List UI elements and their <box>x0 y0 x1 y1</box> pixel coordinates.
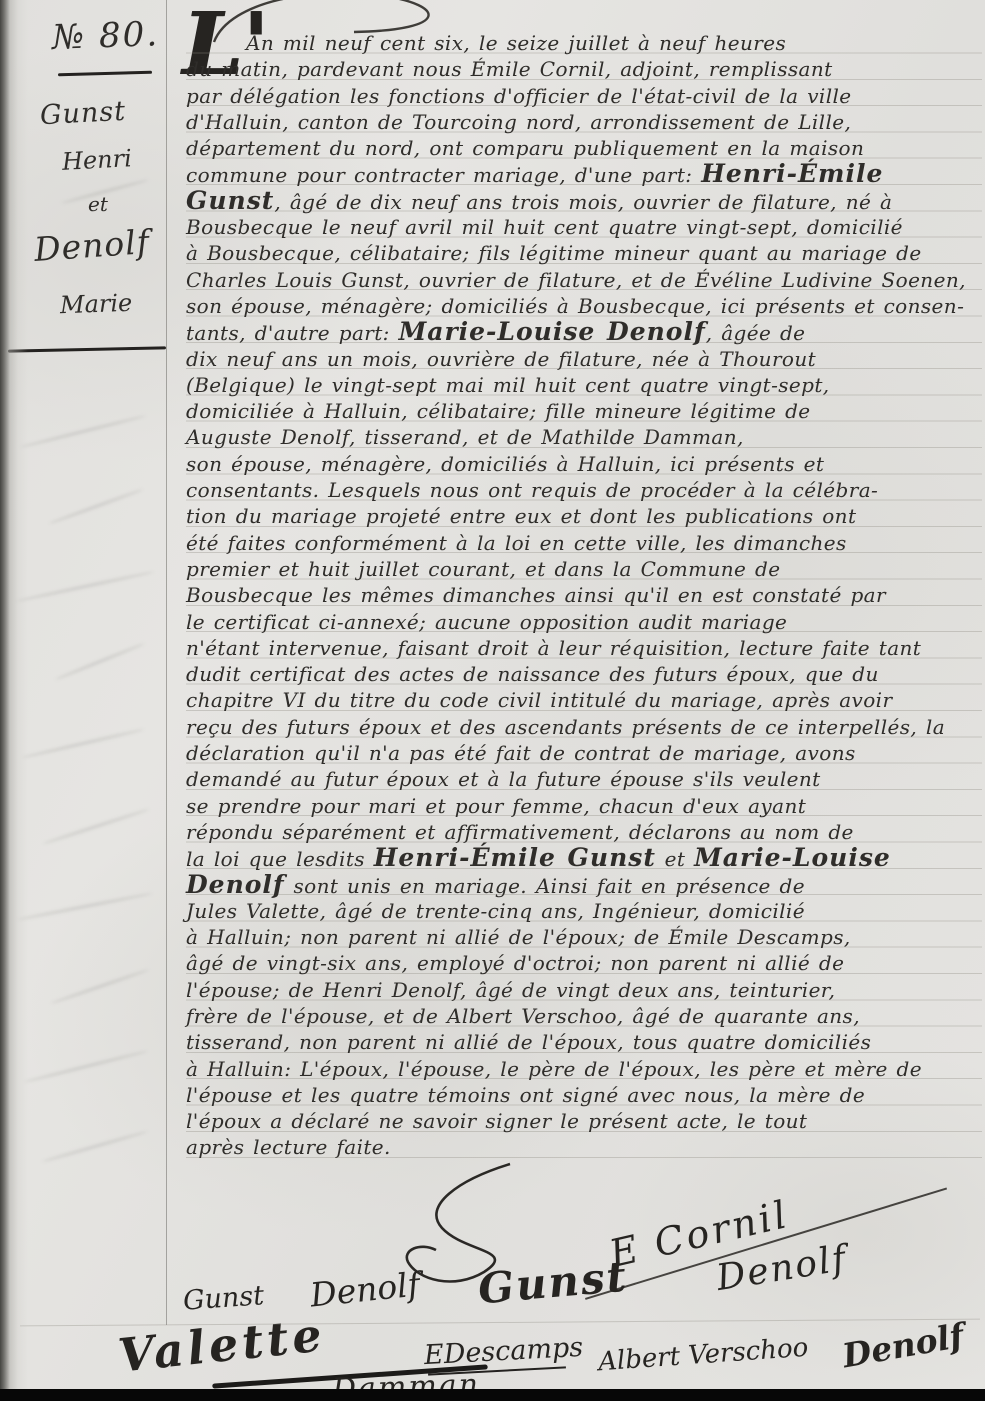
act-text-run: son épouse, ménagère, domiciliés à Hallu… <box>186 452 824 476</box>
act-line: An mil neuf cent six, le seize juillet à… <box>186 30 982 56</box>
act-text-run: à Halluin: L'époux, l'épouse, le père de… <box>186 1057 922 1081</box>
act-line: (Belgique) le vingt-sept mai mil huit ce… <box>186 372 982 398</box>
act-line: à Halluin; non parent ni allié de l'épou… <box>186 924 982 950</box>
act-line: l'épouse et les quatre témoins ont signé… <box>186 1082 982 1108</box>
signature: Valette <box>116 1307 328 1382</box>
act-text-run: été faites conformément à la loi en cett… <box>186 531 847 555</box>
act-text-run: frère de l'épouse, et de Albert Verschoo… <box>186 1004 860 1028</box>
bleed-through-stroke <box>20 414 147 448</box>
act-text: An mil neuf cent six, le seize juillet à… <box>186 30 982 1161</box>
act-line: à Bousbecque, célibataire; fils légitime… <box>186 240 982 266</box>
act-text-run: premier et huit juillet courant, et dans… <box>186 557 780 581</box>
signature: Albert Verschoo <box>597 1333 809 1378</box>
act-line: n'étant intervenue, faisant droit à leur… <box>186 635 982 661</box>
act-text-run: (Belgique) le vingt-sept mai mil huit ce… <box>186 373 830 397</box>
act-name-emphasis: Henri-Émile <box>701 159 883 188</box>
act-line: premier et huit juillet courant, et dans… <box>186 556 982 582</box>
act-text-run: à Bousbecque, célibataire; fils légitime… <box>186 241 922 265</box>
act-text-run: âgé de vingt-six ans, employé d'octroi; … <box>186 951 844 975</box>
act-text-run: l'époux a déclaré ne savoir signer le pr… <box>186 1109 807 1133</box>
act-line: par délégation les fonctions d'officier … <box>186 83 982 109</box>
act-text-run: après lecture faite. <box>186 1135 391 1159</box>
margin-groom-firstname: Henri <box>61 144 132 176</box>
bleed-through-stroke <box>21 728 144 759</box>
act-line: consentants. Lesquels nous ont requis de… <box>186 477 982 503</box>
act-text-run: demandé au futur époux et à la future ép… <box>186 767 821 791</box>
act-line: son épouse, ménagère, domiciliés à Hallu… <box>186 451 982 477</box>
act-text-run: domiciliée à Halluin, célibataire; fille… <box>186 399 811 423</box>
act-text-run: la loi que lesdits <box>186 847 374 871</box>
act-line: chapitre VI du titre du code civil intit… <box>186 687 982 713</box>
act-text-run: chapitre VI du titre du code civil intit… <box>186 688 892 712</box>
act-number: № 80. <box>51 14 159 58</box>
act-text-run: n'étant intervenue, faisant droit à leur… <box>186 636 921 660</box>
act-text-run: dudit certificat des actes de naissance … <box>186 662 879 686</box>
signature: Denolf <box>308 1264 421 1314</box>
act-line: le certificat ci-annexé; aucune oppositi… <box>186 609 982 635</box>
act-line: frère de l'épouse, et de Albert Verschoo… <box>186 1003 982 1029</box>
act-line: l'époux a déclaré ne savoir signer le pr… <box>186 1108 982 1134</box>
act-name-emphasis: Denolf <box>186 870 285 899</box>
act-line: domiciliée à Halluin, célibataire; fille… <box>186 398 982 424</box>
act-line: après lecture faite. <box>186 1134 982 1160</box>
act-text-run: d'Halluin, canton de Tourcoing nord, arr… <box>186 110 851 134</box>
act-line: demandé au futur époux et à la future ép… <box>186 766 982 792</box>
act-line: l'épouse; de Henri Denolf, âgé de vingt … <box>186 977 982 1003</box>
scan-edge-band <box>0 1389 985 1401</box>
act-line: dix neuf ans un mois, ouvrière de filatu… <box>186 346 982 372</box>
act-line: se prendre pour mari et pour femme, chac… <box>186 793 982 819</box>
bleed-through-stroke <box>15 570 155 602</box>
bleed-through-stroke <box>49 488 144 525</box>
act-text-run: dix neuf ans un mois, ouvrière de filatu… <box>186 347 816 371</box>
act-line: reçu des futurs époux et des ascendants … <box>186 714 982 740</box>
act-text-run: reçu des futurs époux et des ascendants … <box>186 715 945 739</box>
margin-bride-surname: Denolf <box>33 222 151 269</box>
act-name-emphasis: Marie-Louise Denolf <box>399 317 706 346</box>
act-text-run: par délégation les fonctions d'officier … <box>186 84 852 108</box>
act-text-run: tants, d'autre part: <box>186 321 399 345</box>
bleed-through-stroke <box>17 892 153 921</box>
act-text-run: l'épouse; de Henri Denolf, âgé de vingt … <box>186 978 835 1002</box>
act-line: été faites conformément à la loi en cett… <box>186 530 982 556</box>
act-line: à Halluin: L'époux, l'épouse, le père de… <box>186 1056 982 1082</box>
act-line: la loi que lesdits Henri-Émile Gunst et … <box>186 845 982 871</box>
act-line: Jules Valette, âgé de trente-cinq ans, I… <box>186 898 982 924</box>
act-line: son épouse, ménagère; domiciliés à Bousb… <box>186 293 982 319</box>
act-line: du matin, pardevant nous Émile Cornil, a… <box>186 56 982 82</box>
act-line: dudit certificat des actes de naissance … <box>186 661 982 687</box>
act-text-run: le certificat ci-annexé; aucune oppositi… <box>186 610 787 634</box>
bleed-through-stroke <box>24 1050 149 1084</box>
faint-rule <box>20 1319 980 1327</box>
act-text-run: tisserand, non parent ni allié de l'épou… <box>186 1030 871 1054</box>
act-text-run: commune pour contracter mariage, d'une p… <box>186 163 701 187</box>
act-line: Bousbecque le neuf avril mil huit cent q… <box>186 214 982 240</box>
act-text-run: du matin, pardevant nous Émile Cornil, a… <box>186 57 833 81</box>
act-text-run: Bousbecque le neuf avril mil huit cent q… <box>186 215 903 239</box>
act-text-run: Bousbecque les mêmes dimanches ainsi qu'… <box>186 583 886 607</box>
act-text-run: son épouse, ménagère; domiciliés à Bousb… <box>186 294 964 318</box>
signature: Denolf <box>840 1316 967 1376</box>
act-text-run: répondu séparément et affirmativement, d… <box>186 820 854 844</box>
act-text-run: Jules Valette, âgé de trente-cinq ans, I… <box>186 899 805 923</box>
act-line: déclaration qu'il n'a pas été fait de co… <box>186 740 982 766</box>
bleed-through-stroke <box>55 642 145 681</box>
act-line: Gunst, âgé de dix neuf ans trois mois, o… <box>186 188 982 214</box>
act-text-run: An mil neuf cent six, le seize juillet à… <box>246 31 786 55</box>
act-text-run: Charles Louis Gunst, ouvrier de filature… <box>186 268 966 292</box>
signature: Gunst <box>182 1280 265 1317</box>
bleed-through-stroke <box>42 808 149 845</box>
register-page: № 80. Gunst Henri et Denolf Marie L' An … <box>0 0 985 1401</box>
act-text-run: à Halluin; non parent ni allié de l'épou… <box>186 925 851 949</box>
act-lines: An mil neuf cent six, le seize juillet à… <box>186 30 982 1161</box>
act-line: répondu séparément et affirmativement, d… <box>186 819 982 845</box>
act-name-emphasis: Henri-Émile Gunst <box>374 843 656 872</box>
act-line: âgé de vingt-six ans, employé d'octroi; … <box>186 950 982 976</box>
act-name-emphasis: Gunst <box>186 186 274 215</box>
act-line: d'Halluin, canton de Tourcoing nord, arr… <box>186 109 982 135</box>
act-text-run: l'épouse et les quatre témoins ont signé… <box>186 1083 865 1107</box>
act-text-run: tion du mariage projeté entre eux et don… <box>186 504 856 528</box>
bleed-through-stroke <box>42 1130 149 1163</box>
act-line: tion du mariage projeté entre eux et don… <box>186 503 982 529</box>
act-line: Bousbecque les mêmes dimanches ainsi qu'… <box>186 582 982 608</box>
act-text-run: déclaration qu'il n'a pas été fait de co… <box>186 741 856 765</box>
act-line: commune pour contracter mariage, d'une p… <box>186 161 982 187</box>
act-line: Charles Louis Gunst, ouvrier de filature… <box>186 267 982 293</box>
act-text-run: sont unis en mariage. Ainsi fait en prés… <box>285 874 805 898</box>
act-line: tants, d'autre part: Marie-Louise Denolf… <box>186 319 982 345</box>
act-text-run: département du nord, ont comparu publiqu… <box>186 136 864 160</box>
act-text-run: et <box>656 847 694 871</box>
signature: EDescamps <box>423 1332 584 1371</box>
margin-conjunction: et <box>88 192 108 216</box>
act-text-run: se prendre pour mari et pour femme, chac… <box>186 794 806 818</box>
margin-groom-surname: Gunst <box>39 96 127 131</box>
margin-end-rule <box>8 346 166 352</box>
act-name-emphasis: Marie-Louise <box>694 843 891 872</box>
margin-vertical-rule <box>166 0 167 1325</box>
act-text-run: Auguste Denolf, tisserand, et de Mathild… <box>186 425 744 449</box>
margin-underline <box>58 71 152 76</box>
act-line: Denolf sont unis en mariage. Ainsi fait … <box>186 872 982 898</box>
bleed-through-stroke <box>50 968 149 1005</box>
act-line: Auguste Denolf, tisserand, et de Mathild… <box>186 424 982 450</box>
act-text-run: , âgé de dix neuf ans trois mois, ouvrie… <box>274 190 892 214</box>
binding-edge-shadow <box>0 0 28 1401</box>
margin-bride-firstname: Marie <box>60 289 133 320</box>
act-line: tisserand, non parent ni allié de l'épou… <box>186 1029 982 1055</box>
act-line: département du nord, ont comparu publiqu… <box>186 135 982 161</box>
act-text-run: consentants. Lesquels nous ont requis de… <box>186 478 878 502</box>
act-text-run: , âgée de <box>706 321 806 345</box>
